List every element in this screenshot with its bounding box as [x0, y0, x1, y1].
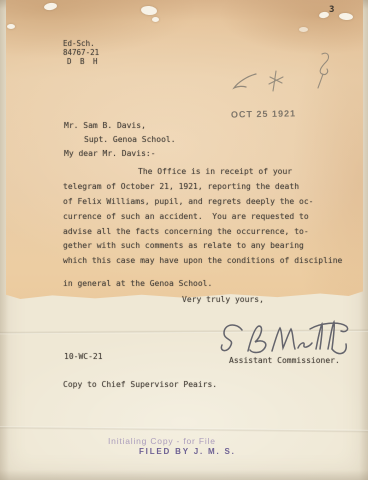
- paper-damage-spot: [7, 24, 15, 29]
- closing: Very truly yours,: [182, 295, 264, 304]
- body-line: of Felix Williams, pupil, and regrets de…: [63, 197, 313, 206]
- signer-title: Assistant Commissioner.: [229, 356, 340, 365]
- pencil-mark: [228, 66, 260, 96]
- body-line: which this case may have upon the condit…: [63, 256, 342, 265]
- page-number: 3: [329, 5, 334, 15]
- paper-crease: [0, 426, 368, 433]
- body-line: The Office is in receipt of your: [138, 167, 292, 176]
- file-ref-line: Ed-Sch.: [63, 39, 100, 48]
- body-line: gether with such comments as relate to a…: [63, 241, 304, 250]
- file-ref-line: 84767-21: [63, 48, 100, 57]
- pencil-mark: [266, 68, 286, 94]
- body-line: telegram of October 21, 1921, reporting …: [63, 182, 299, 191]
- copy-note: Copy to Chief Supervisor Peairs.: [63, 380, 217, 389]
- initialing-copy-stamp: Initialing Copy - for File: [108, 436, 216, 446]
- body-line: in general at the Genoa School.: [63, 279, 212, 288]
- body-line: currence of such an accident. You are re…: [63, 212, 309, 221]
- recipient-title: Supt. Genoa School.: [84, 135, 176, 144]
- recipient-name: Mr. Sam B. Davis,: [64, 121, 146, 130]
- body-line: advise all the facts concerning the occu…: [63, 227, 309, 236]
- filed-by-stamp: FILED BY J. M. S.: [139, 447, 236, 456]
- paper-damage-spot: [299, 27, 308, 32]
- document-page: 3 Ed-Sch. 84767-21 D B H OCT 25 1921 Mr.…: [0, 0, 368, 480]
- paper-damage-spot: [152, 17, 159, 22]
- file-ref-line: D B H: [63, 57, 100, 66]
- file-code: 10-WC-21: [64, 352, 103, 361]
- pencil-mark: [310, 50, 334, 90]
- received-date-stamp: OCT 25 1921: [231, 108, 296, 119]
- file-reference: Ed-Sch. 84767-21 D B H: [63, 39, 100, 66]
- salutation: My dear Mr. Davis:-: [64, 149, 156, 158]
